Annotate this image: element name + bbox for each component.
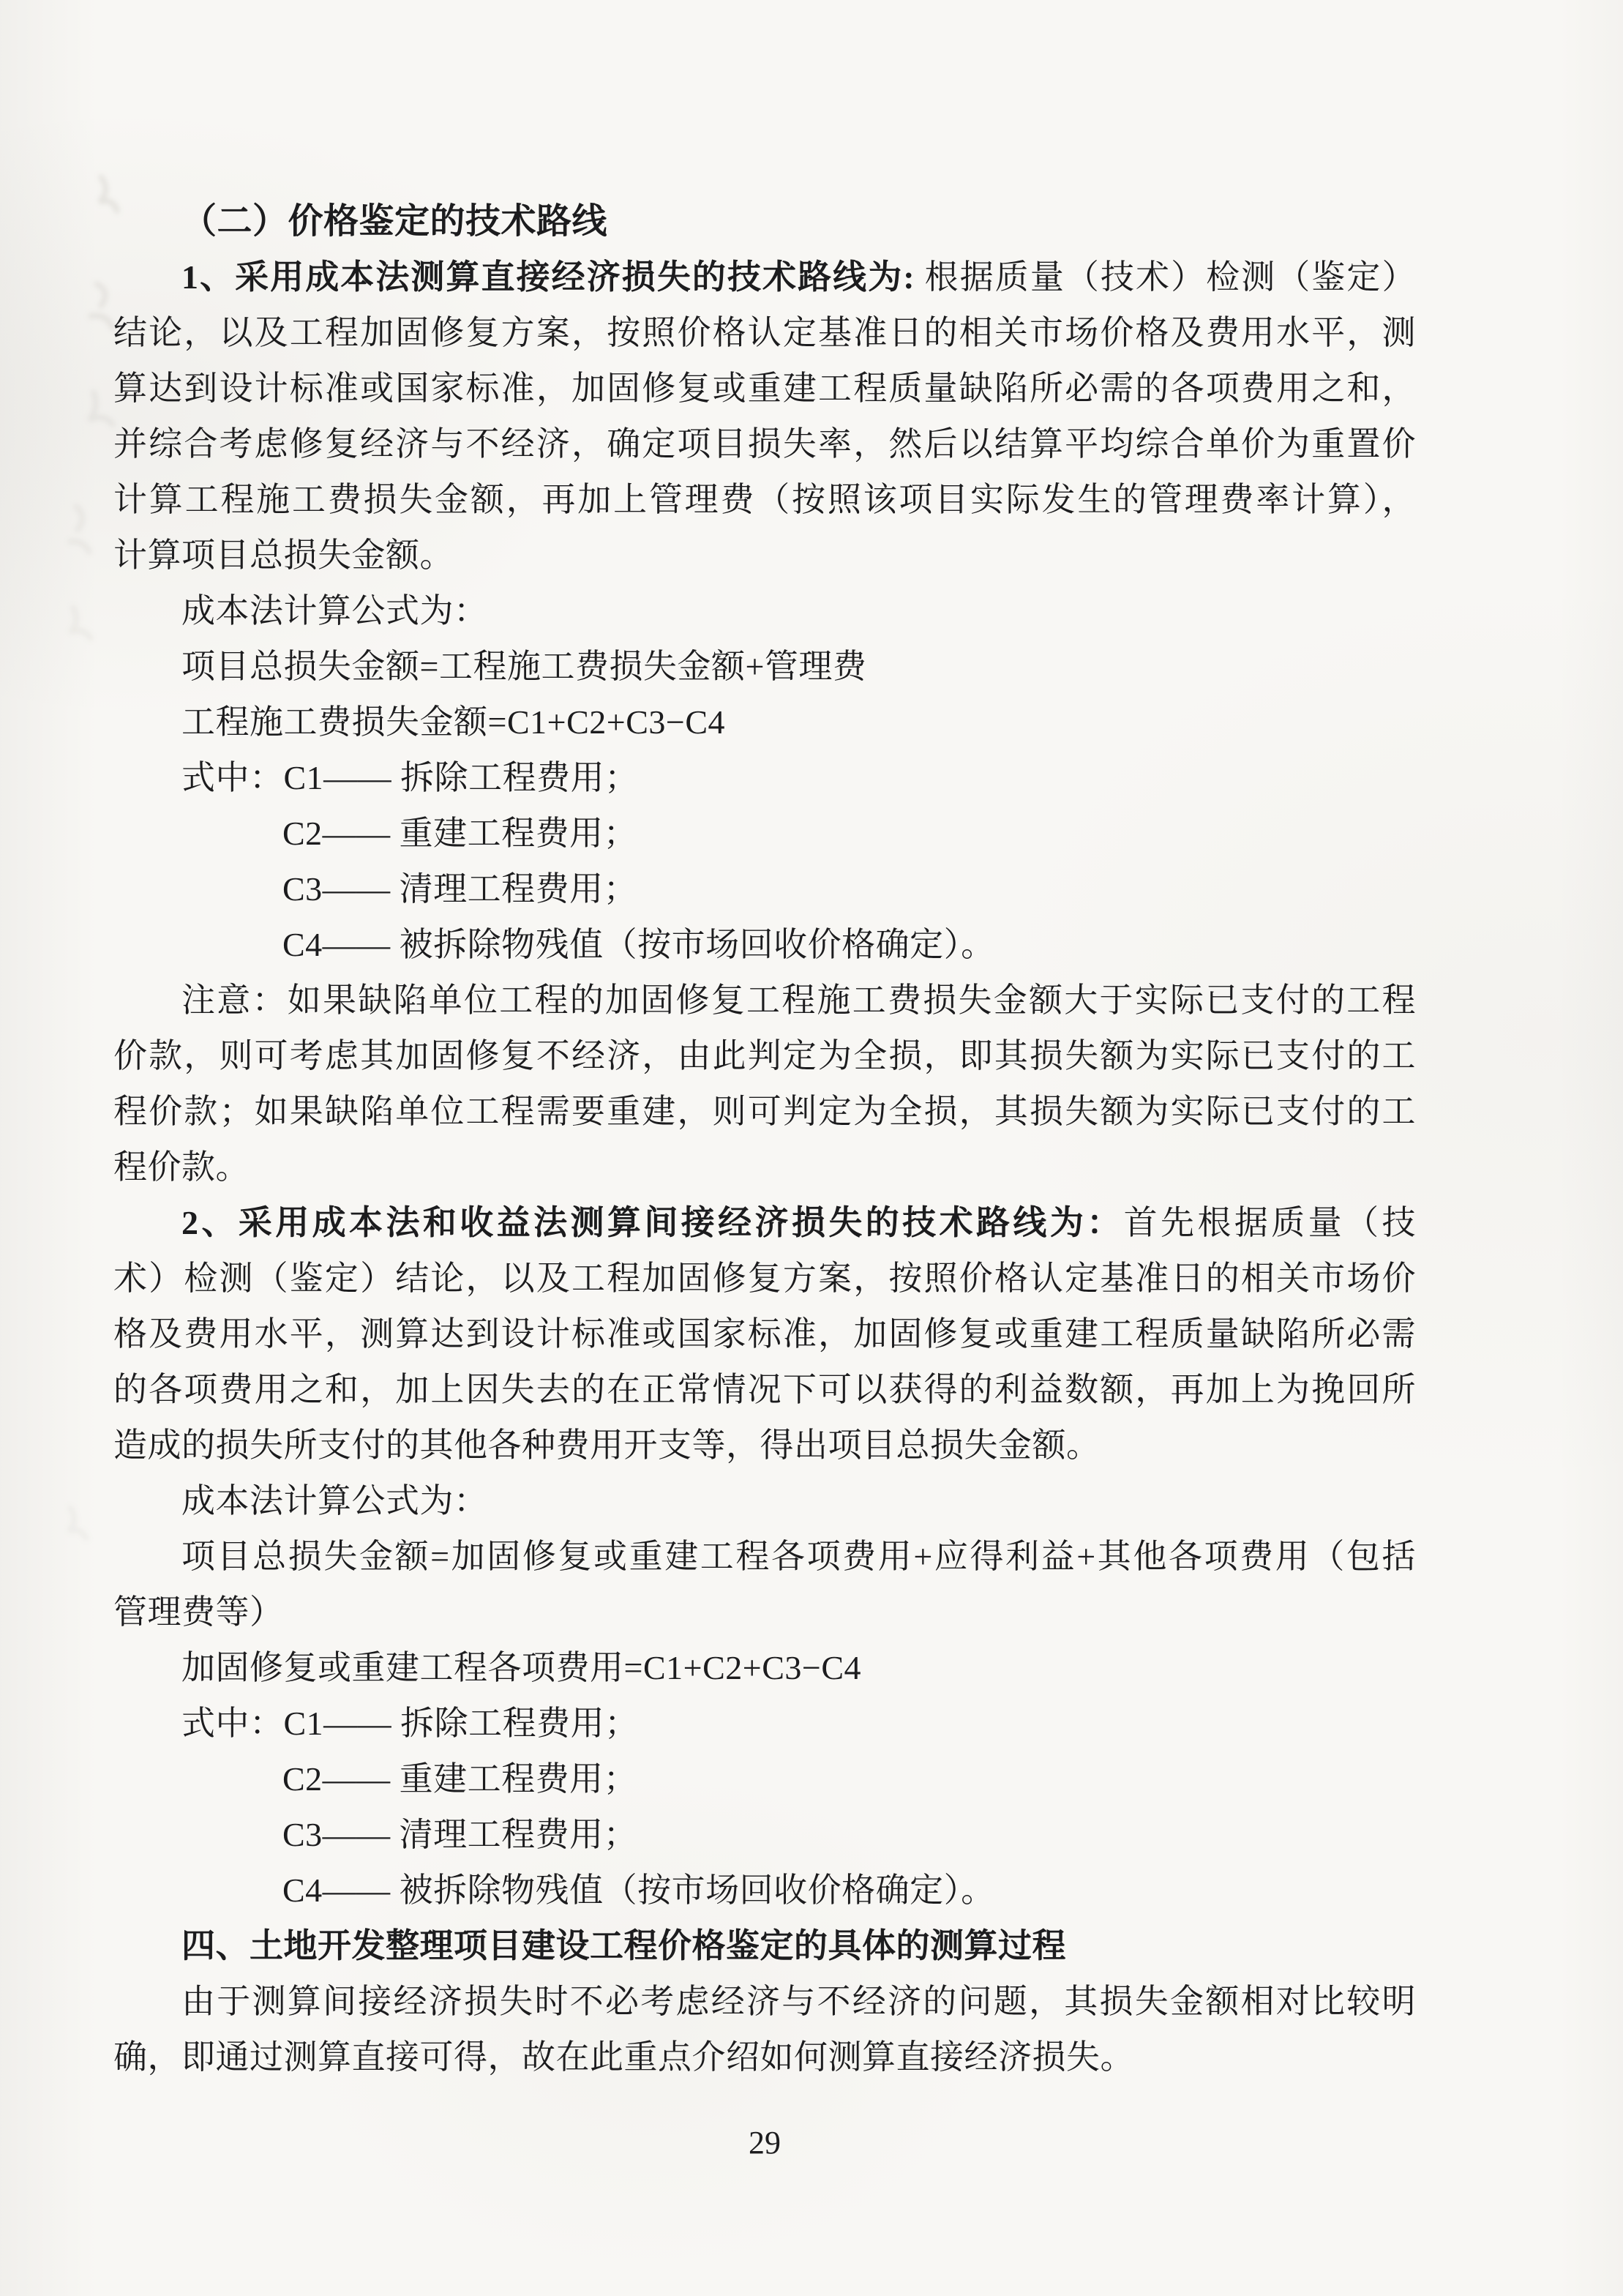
text-run: 项目总损失金额=加固修复或重建工程各项费用+应得利益+其他各项费用（包括 xyxy=(181,1538,1416,1575)
text-run: C2—— 重建工程费用； xyxy=(282,815,637,852)
text-run: C4—— 被拆除物残值（按市场回收价格确定）。 xyxy=(282,1871,995,1909)
text-run: 由于测算间接经济损失时不必考虑经济与不经济的问题，其损失金额相对比较明 xyxy=(181,1983,1416,2020)
text-run: 价款，则可考虑其加固修复不经济，由此判定为全损，即其损失额为实际已支付的工 xyxy=(113,1037,1416,1074)
text-run: 并综合考虑修复经济与不经济，确定项目损失率，然后以结算平均综合单价为重置价 xyxy=(113,425,1416,463)
body-line: 1、采用成本法测算直接经济损失的技术路线为: 根据质量（技术）检测（鉴定） xyxy=(113,250,1416,305)
text-run: 首先根据质量（技 xyxy=(1124,1204,1416,1241)
body-line: 计算工程施工费损失金额，再加上管理费（按照该项目实际发生的管理费率计算）， xyxy=(113,472,1416,528)
body-line: 并综合考虑修复经济与不经济，确定项目损失率，然后以结算平均综合单价为重置价 xyxy=(113,416,1416,472)
bold-text-run: 四、土地开发整理项目建设工程价格鉴定的具体的测算过程 xyxy=(181,1927,1066,1964)
body-line: 程价款。 xyxy=(113,1140,1416,1195)
definition-line: C4—— 被拆除物残值（按市场回收价格确定）。 xyxy=(113,917,1416,973)
text-run: C4—— 被拆除物残值（按市场回收价格确定）。 xyxy=(282,926,995,963)
scanned-document-page: （二）价格鉴定的技术路线1、采用成本法测算直接经济损失的技术路线为: 根据质量（… xyxy=(0,0,1623,2296)
subsection-heading: 四、土地开发整理项目建设工程价格鉴定的具体的测算过程 xyxy=(113,1918,1416,1974)
text-run: 的各项费用之和，加上因失去的在正常情况下可以获得的利益数额，再加上为挽回所 xyxy=(113,1371,1416,1408)
bold-text-run: 2、采用成本法和收益法测算间接经济损失的技术路线为： xyxy=(181,1204,1124,1241)
body-line: 计算项目总损失金额。 xyxy=(113,528,1416,583)
text-run: 计算项目总损失金额。 xyxy=(113,536,454,574)
body-line: 造成的损失所支付的其他各种费用开支等，得出项目总损失金额。 xyxy=(113,1418,1416,1473)
text-run: C3—— 清理工程费用； xyxy=(282,870,637,908)
formula-line: 加固修复或重建工程各项费用=C1+C2+C3−C4 xyxy=(113,1640,1416,1696)
formula-line: 管理费等） xyxy=(113,1585,1416,1640)
body-line: 结论，以及工程加固修复方案，按照价格认定基准日的相关市场价格及费用水平，测 xyxy=(113,305,1416,361)
definition-line: 式中：C1—— 拆除工程费用； xyxy=(113,1696,1416,1751)
body-line: 算达到设计标准或国家标准，加固修复或重建工程质量缺陷所必需的各项费用之和， xyxy=(113,361,1416,416)
text-run: 结论，以及工程加固修复方案，按照价格认定基准日的相关市场价格及费用水平，测 xyxy=(113,314,1416,351)
text-run: 算达到设计标准或国家标准，加固修复或重建工程质量缺陷所必需的各项费用之和， xyxy=(113,370,1416,407)
text-run: 计算工程施工费损失金额，再加上管理费（按照该项目实际发生的管理费率计算）， xyxy=(113,481,1416,518)
formula-line: 工程施工费损失金额=C1+C2+C3−C4 xyxy=(113,695,1416,750)
text-run: 成本法计算公式为： xyxy=(181,592,488,629)
body-line: 成本法计算公式为： xyxy=(113,1473,1416,1529)
body-line: 术）检测（鉴定）结论，以及工程加固修复方案，按照价格认定基准日的相关市场价 xyxy=(113,1251,1416,1306)
body-line: 的各项费用之和，加上因失去的在正常情况下可以获得的利益数额，再加上为挽回所 xyxy=(113,1362,1416,1418)
page-number: 29 xyxy=(113,2121,1416,2165)
text-run: 加固修复或重建工程各项费用=C1+C2+C3−C4 xyxy=(181,1649,861,1686)
definition-line: C3—— 清理工程费用； xyxy=(113,1807,1416,1863)
body-line: 价款，则可考虑其加固修复不经济，由此判定为全损，即其损失额为实际已支付的工 xyxy=(113,1028,1416,1084)
body-line: 确，即通过测算直接可得，故在此重点介绍如何测算直接经济损失。 xyxy=(113,2030,1416,2085)
definition-line: 式中：C1—— 拆除工程费用； xyxy=(113,750,1416,806)
body-line: 2、采用成本法和收益法测算间接经济损失的技术路线为：首先根据质量（技 xyxy=(113,1195,1416,1251)
text-run: 术）检测（鉴定）结论，以及工程加固修复方案，按照价格认定基准日的相关市场价 xyxy=(113,1260,1416,1297)
body-line: 注意：如果缺陷单位工程的加固修复工程施工费损失金额大于实际已支付的工程 xyxy=(113,973,1416,1028)
text-run: 工程施工费损失金额=C1+C2+C3−C4 xyxy=(181,703,725,741)
body-line: 格及费用水平，测算达到设计标准或国家标准，加固修复或重建工程质量缺陷所必需 xyxy=(113,1306,1416,1362)
text-run: 格及费用水平，测算达到设计标准或国家标准，加固修复或重建工程质量缺陷所必需 xyxy=(113,1315,1416,1353)
bold-text-run: （二）价格鉴定的技术路线 xyxy=(181,202,607,241)
formula-line: 项目总损失金额=加固修复或重建工程各项费用+应得利益+其他各项费用（包括 xyxy=(113,1529,1416,1585)
body-line: 程价款；如果缺陷单位工程需要重建，则可判定为全损，其损失额为实际已支付的工 xyxy=(113,1084,1416,1140)
text-run: 确，即通过测算直接可得，故在此重点介绍如何测算直接经济损失。 xyxy=(113,2038,1134,2076)
text-run: 造成的损失所支付的其他各种费用开支等，得出项目总损失金额。 xyxy=(113,1426,1101,1464)
definition-line: C3—— 清理工程费用； xyxy=(113,861,1416,917)
definition-line: C4—— 被拆除物残值（按市场回收价格确定）。 xyxy=(113,1863,1416,1918)
section-heading: （二）价格鉴定的技术路线 xyxy=(113,194,1416,250)
formula-line: 项目总损失金额=工程施工费损失金额+管理费 xyxy=(113,639,1416,695)
body-line: 成本法计算公式为： xyxy=(113,583,1416,639)
text-run: C2—— 重建工程费用； xyxy=(282,1760,637,1798)
definition-line: C2—— 重建工程费用； xyxy=(113,806,1416,861)
text-run: 式中：C1—— 拆除工程费用； xyxy=(181,1705,639,1742)
text-run: 注意：如果缺陷单位工程的加固修复工程施工费损失金额大于实际已支付的工程 xyxy=(181,981,1416,1019)
document-text: （二）价格鉴定的技术路线1、采用成本法测算直接经济损失的技术路线为: 根据质量（… xyxy=(113,194,1416,2085)
definition-line: C2—— 重建工程费用； xyxy=(113,1751,1416,1807)
text-run: 程价款。 xyxy=(113,1148,250,1186)
text-run: 式中：C1—— 拆除工程费用； xyxy=(181,759,639,796)
text-run: 管理费等） xyxy=(113,1593,284,1631)
text-run: C3—— 清理工程费用； xyxy=(282,1816,637,1853)
text-run: 项目总损失金额=工程施工费损失金额+管理费 xyxy=(181,648,866,685)
text-run: 根据质量（技术）检测（鉴定） xyxy=(915,258,1416,296)
bold-text-run: 1、采用成本法测算直接经济损失的技术路线为: xyxy=(181,258,915,296)
body-line: 由于测算间接经济损失时不必考虑经济与不经济的问题，其损失金额相对比较明 xyxy=(113,1974,1416,2030)
text-run: 程价款；如果缺陷单位工程需要重建，则可判定为全损，其损失额为实际已支付的工 xyxy=(113,1093,1416,1130)
text-run: 成本法计算公式为： xyxy=(181,1482,488,1519)
